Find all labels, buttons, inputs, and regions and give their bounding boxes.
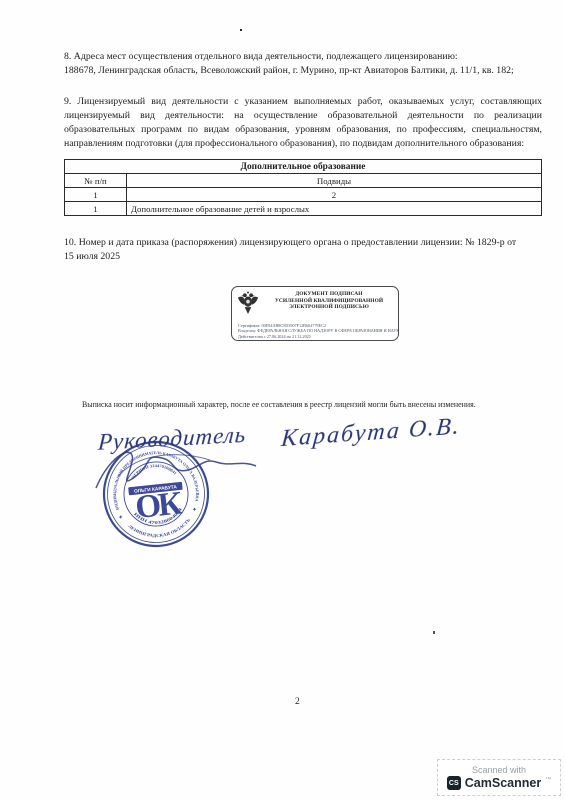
- activity-subtypes-table: Дополнительное образование № п/п Подвиды…: [64, 159, 542, 216]
- table-index-row: 1 2: [65, 188, 542, 202]
- camscanner-brand-text: CamScanner: [465, 776, 541, 790]
- col-subtypes-header: Подвиды: [127, 174, 542, 188]
- col-no-index: 1: [65, 188, 127, 202]
- item10-paragraph: 10. Номер и дата приказа (распоряжения) …: [64, 236, 545, 250]
- scan-artifact-speck: [433, 631, 435, 634]
- item8-address: 188678, Ленинградская область, Всеволожс…: [64, 64, 544, 78]
- row-number-cell: 1: [65, 202, 127, 216]
- coat-of-arms-eagle-icon: [237, 290, 259, 321]
- scanned-document-page: 8. Адреса мест осуществления отдельного …: [0, 0, 565, 800]
- table-header-row: № п/п Подвиды: [65, 174, 542, 188]
- item10-date: 15 июля 2025: [64, 250, 545, 264]
- stamp-star-separator-left: ✦: [118, 515, 123, 521]
- camscanner-logo-icon: CS: [447, 776, 461, 790]
- page-number: 2: [295, 697, 300, 707]
- scan-artifact-speck: [240, 29, 242, 31]
- informational-notice: Выписка носит информационный характер, п…: [82, 400, 512, 410]
- esign-owner-line: Владелец: ФЕДЕРАЛЬНАЯ СЛУЖБА ПО НАДЗОРУ …: [238, 328, 394, 333]
- row-subtype-cell: Дополнительное образование детей и взрос…: [127, 202, 542, 216]
- table-row: 1 Дополнительное образование детей и взр…: [65, 202, 542, 216]
- item9-paragraph: 9. Лицензируемый вид деятельности с указ…: [64, 95, 542, 151]
- col-no-header: № п/п: [65, 174, 127, 188]
- esign-title-line1: ДОКУМЕНТ ПОДПИСАН: [260, 291, 398, 298]
- esign-title-line3: ЭЛЕКТРОННОЙ ПОДПИСЬЮ: [260, 304, 398, 311]
- handwritten-signature-name: Карабута О.В.: [280, 414, 462, 454]
- col-subtypes-index: 2: [127, 188, 542, 202]
- stamp-star-separator-right: ✦: [192, 507, 197, 513]
- electronic-signature-stamp: ДОКУМЕНТ ПОДПИСАН УСИЛЕННОЙ КВАЛИФИЦИРОВ…: [231, 286, 399, 341]
- signature-scribble-icon: [92, 436, 262, 506]
- table-title: Дополнительное образование: [65, 160, 542, 174]
- trademark-symbol: ™: [545, 777, 551, 783]
- item8-heading: 8. Адреса мест осуществления отдельного …: [64, 50, 544, 64]
- scanned-with-label: Scanned with: [472, 765, 526, 775]
- table-title-row: Дополнительное образование: [65, 160, 542, 174]
- esign-title: ДОКУМЕНТ ПОДПИСАН УСИЛЕННОЙ КВАЛИФИЦИРОВ…: [260, 287, 398, 311]
- camscanner-badge: Scanned with CS CamScanner ™: [437, 759, 561, 796]
- esign-validity-line: Действителен с 27.06.2024 по 21.12.2025: [238, 334, 394, 339]
